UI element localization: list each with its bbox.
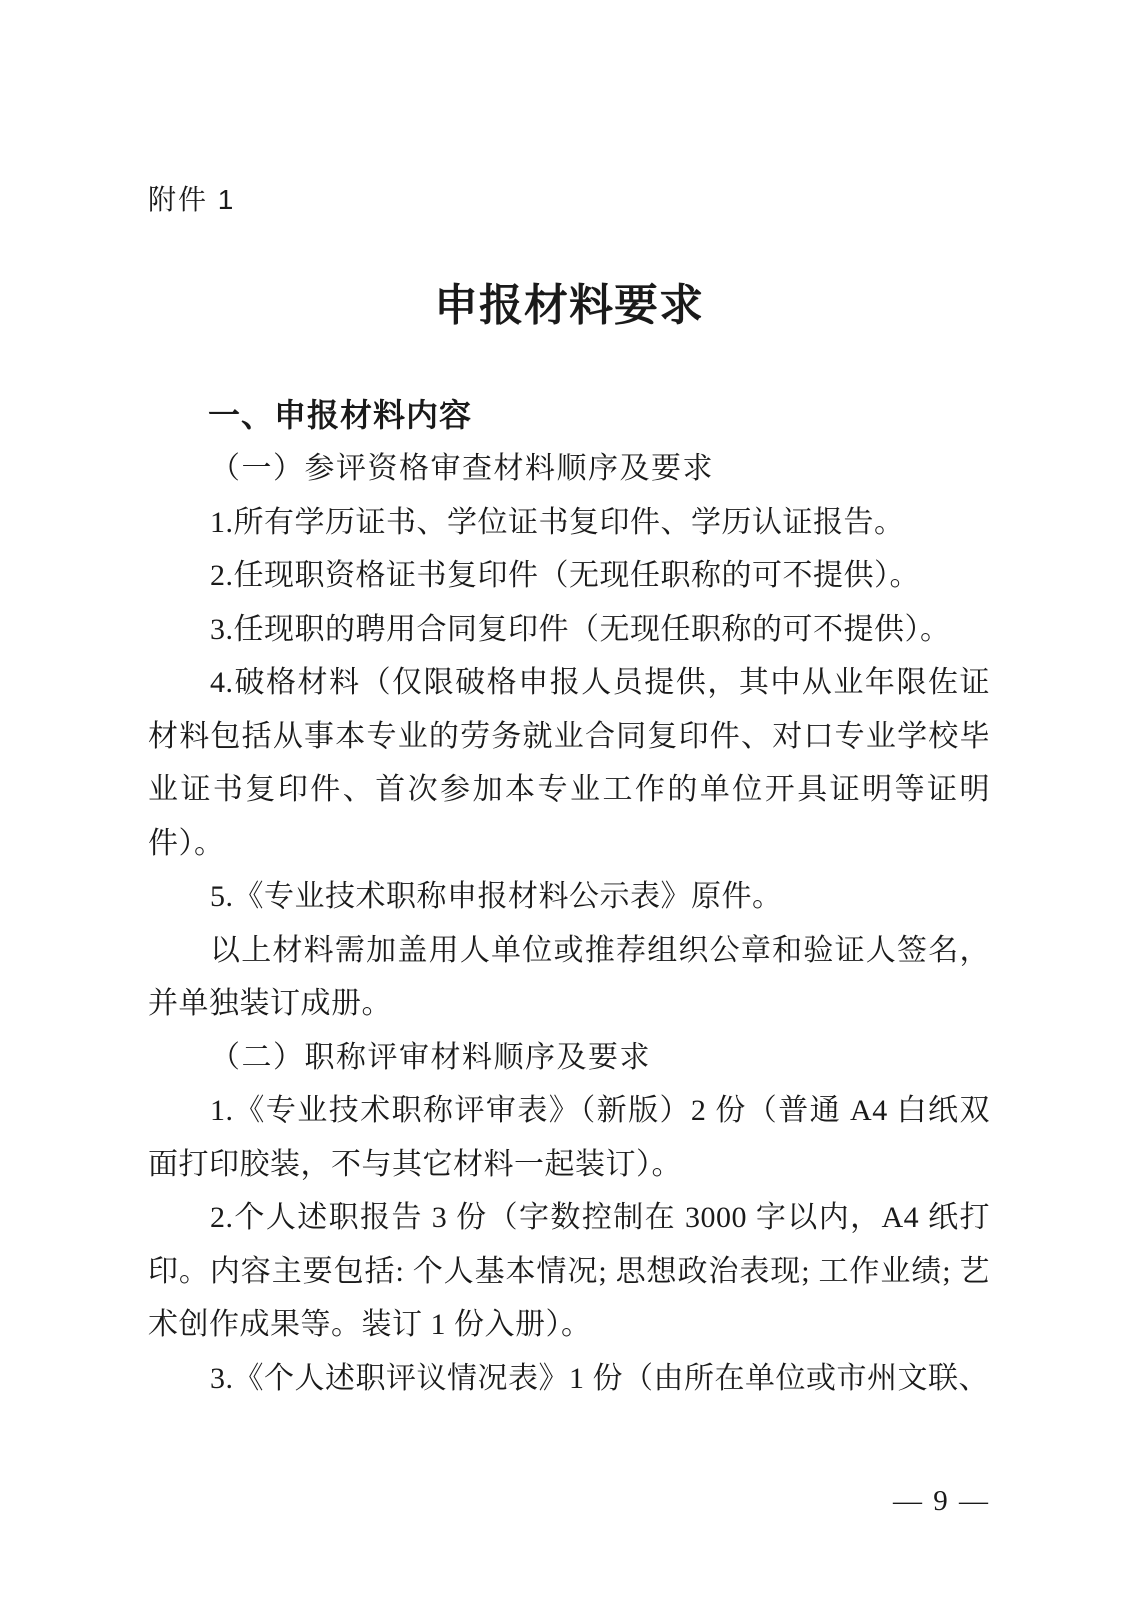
document-page: 附件 1 申报材料要求 一、申报材料内容 （一）参评资格审查材料顺序及要求 1.… (0, 0, 1131, 1600)
para-1-item-5: 5.《专业技术职称申报材料公示表》原件。 (148, 870, 990, 924)
subsection-2-heading: （二）职称评审材料顺序及要求 (148, 1031, 990, 1085)
subsection-1-heading: （一）参评资格审查材料顺序及要求 (148, 442, 990, 496)
section-heading-1: 一、申报材料内容 (148, 388, 990, 442)
para-2-item-1: 1.《专业技术职称评审表》（新版）2 份（普通 A4 白纸双面打印胶装，不与其它… (148, 1084, 990, 1191)
para-1-item-2: 2.任现职资格证书复印件（无现任职称的可不提供）。 (148, 549, 990, 603)
para-2-item-3: 3.《个人述职评议情况表》1 份（由所在单位或市州文联、 (148, 1352, 990, 1406)
attachment-label: 附件 1 (148, 182, 990, 218)
document-content: 附件 1 申报材料要求 一、申报材料内容 （一）参评资格审查材料顺序及要求 1.… (148, 182, 990, 1405)
document-body: （一）参评资格审查材料顺序及要求 1.所有学历证书、学位证书复印件、学历认证报告… (148, 442, 990, 1405)
para-1-item-4: 4.破格材料（仅限破格申报人员提供，其中从业年限佐证材料包括从事本专业的劳务就业… (148, 656, 990, 870)
para-1-item-1: 1.所有学历证书、学位证书复印件、学历认证报告。 (148, 496, 990, 550)
document-title: 申报材料要求 (148, 276, 990, 336)
para-1-note: 以上材料需加盖用人单位或推荐组织公章和验证人签名，并单独装订成册。 (148, 924, 990, 1031)
para-2-item-2: 2.个人述职报告 3 份（字数控制在 3000 字以内，A4 纸打印。内容主要包… (148, 1191, 990, 1352)
page-number: — 9 — (893, 1484, 990, 1518)
para-1-item-3: 3.任现职的聘用合同复印件（无现任职称的可不提供）。 (148, 603, 990, 657)
